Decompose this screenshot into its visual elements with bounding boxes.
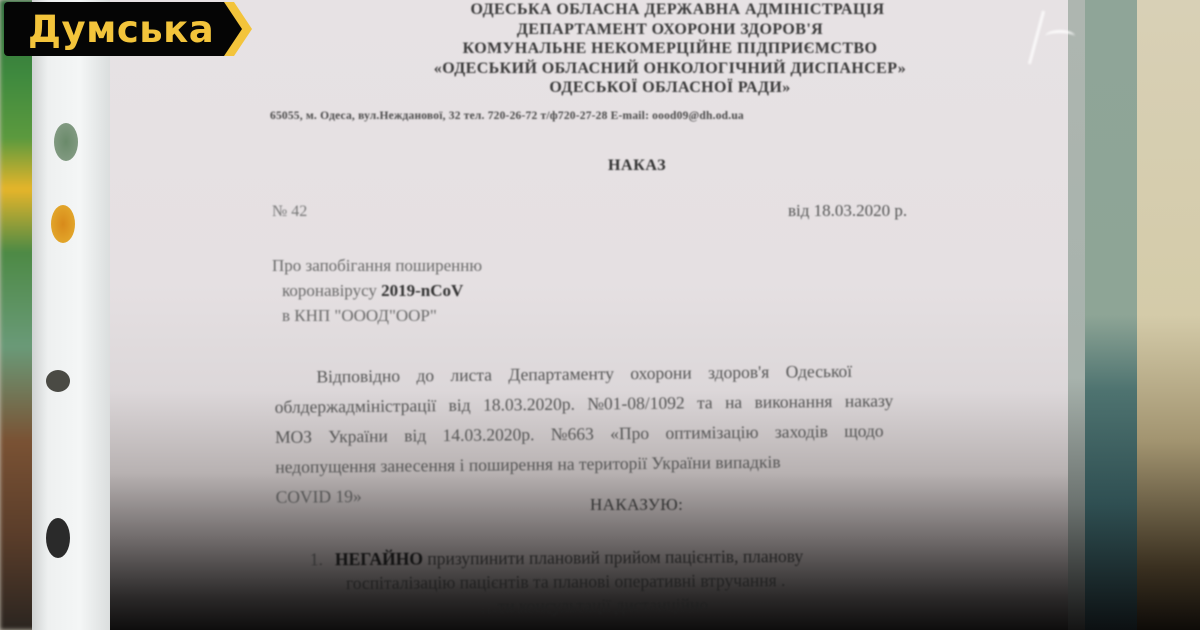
- order-date: від 18.03.2020 р.: [788, 201, 907, 221]
- glare-streak: [1045, 30, 1075, 43]
- photo-scene: ОДЕСЬКА ОБЛАСНА ДЕРЖАВНА АДМІНІСТРАЦІЯ Д…: [0, 0, 1200, 630]
- brand-logo: Думська: [4, 2, 224, 56]
- brand-name: Думська: [28, 6, 214, 54]
- letterhead-line: «ОДЕСЬКИЙ ОБЛАСНИЙ ОНКОЛОГІЧНИЙ ДИСПАНСЕ…: [270, 59, 1070, 79]
- subject-line: в КНП "ОООД"ООР": [282, 303, 482, 328]
- letterhead-line: ДЕПАРТАМЕНТ ОХОРОНИ ЗДОРОВ'Я: [270, 20, 1070, 40]
- order-subject: Про запобігання поширенню коронавірусу 2…: [272, 253, 482, 328]
- item-line: …ти консультації дистанційно: [310, 591, 1010, 620]
- order-number: № 42: [272, 203, 307, 221]
- letterhead-line: КОМУНАЛЬНЕ НЕКОМЕРЦІЙНЕ ПІДПРИЄМСТВО: [270, 39, 1070, 59]
- letterhead: ОДЕСЬКА ОБЛАСНА ДЕРЖАВНА АДМІНІСТРАЦІЯ Д…: [270, 0, 1070, 98]
- punch-hole: [51, 205, 75, 243]
- background-wall: [1137, 0, 1200, 630]
- sheet-protector-strip: [32, 0, 112, 630]
- door-frame-edge: [1068, 0, 1086, 630]
- punch-hole: [46, 518, 70, 558]
- order-verb: НАКАЗУЮ:: [590, 495, 683, 515]
- letterhead-line: ОДЕСЬКОЇ ОБЛАСНОЇ РАДИ»: [270, 78, 1070, 98]
- preamble-paragraph: Відповідно до листа Департаменту охорони…: [274, 354, 1016, 512]
- contact-line: 65055, м. Одеса, вул.Нежданової, 32 тел.…: [270, 110, 970, 122]
- document-title: НАКАЗ: [608, 157, 666, 175]
- punch-hole: [46, 370, 70, 392]
- order-item: 1.НЕГАЙНО призупинити плановий прийом па…: [310, 543, 1010, 620]
- punch-hole: [54, 123, 78, 161]
- door-frame: [1085, 0, 1137, 630]
- subject-line: Про запобігання поширенню: [272, 253, 482, 278]
- letterhead-line: ОДЕСЬКА ОБЛАСНА ДЕРЖАВНА АДМІНІСТРАЦІЯ: [285, 0, 1070, 20]
- subject-line: коронавірусу 2019-nCoV: [282, 278, 482, 303]
- chevron-right-icon: [218, 2, 252, 56]
- background-plants: [0, 0, 36, 630]
